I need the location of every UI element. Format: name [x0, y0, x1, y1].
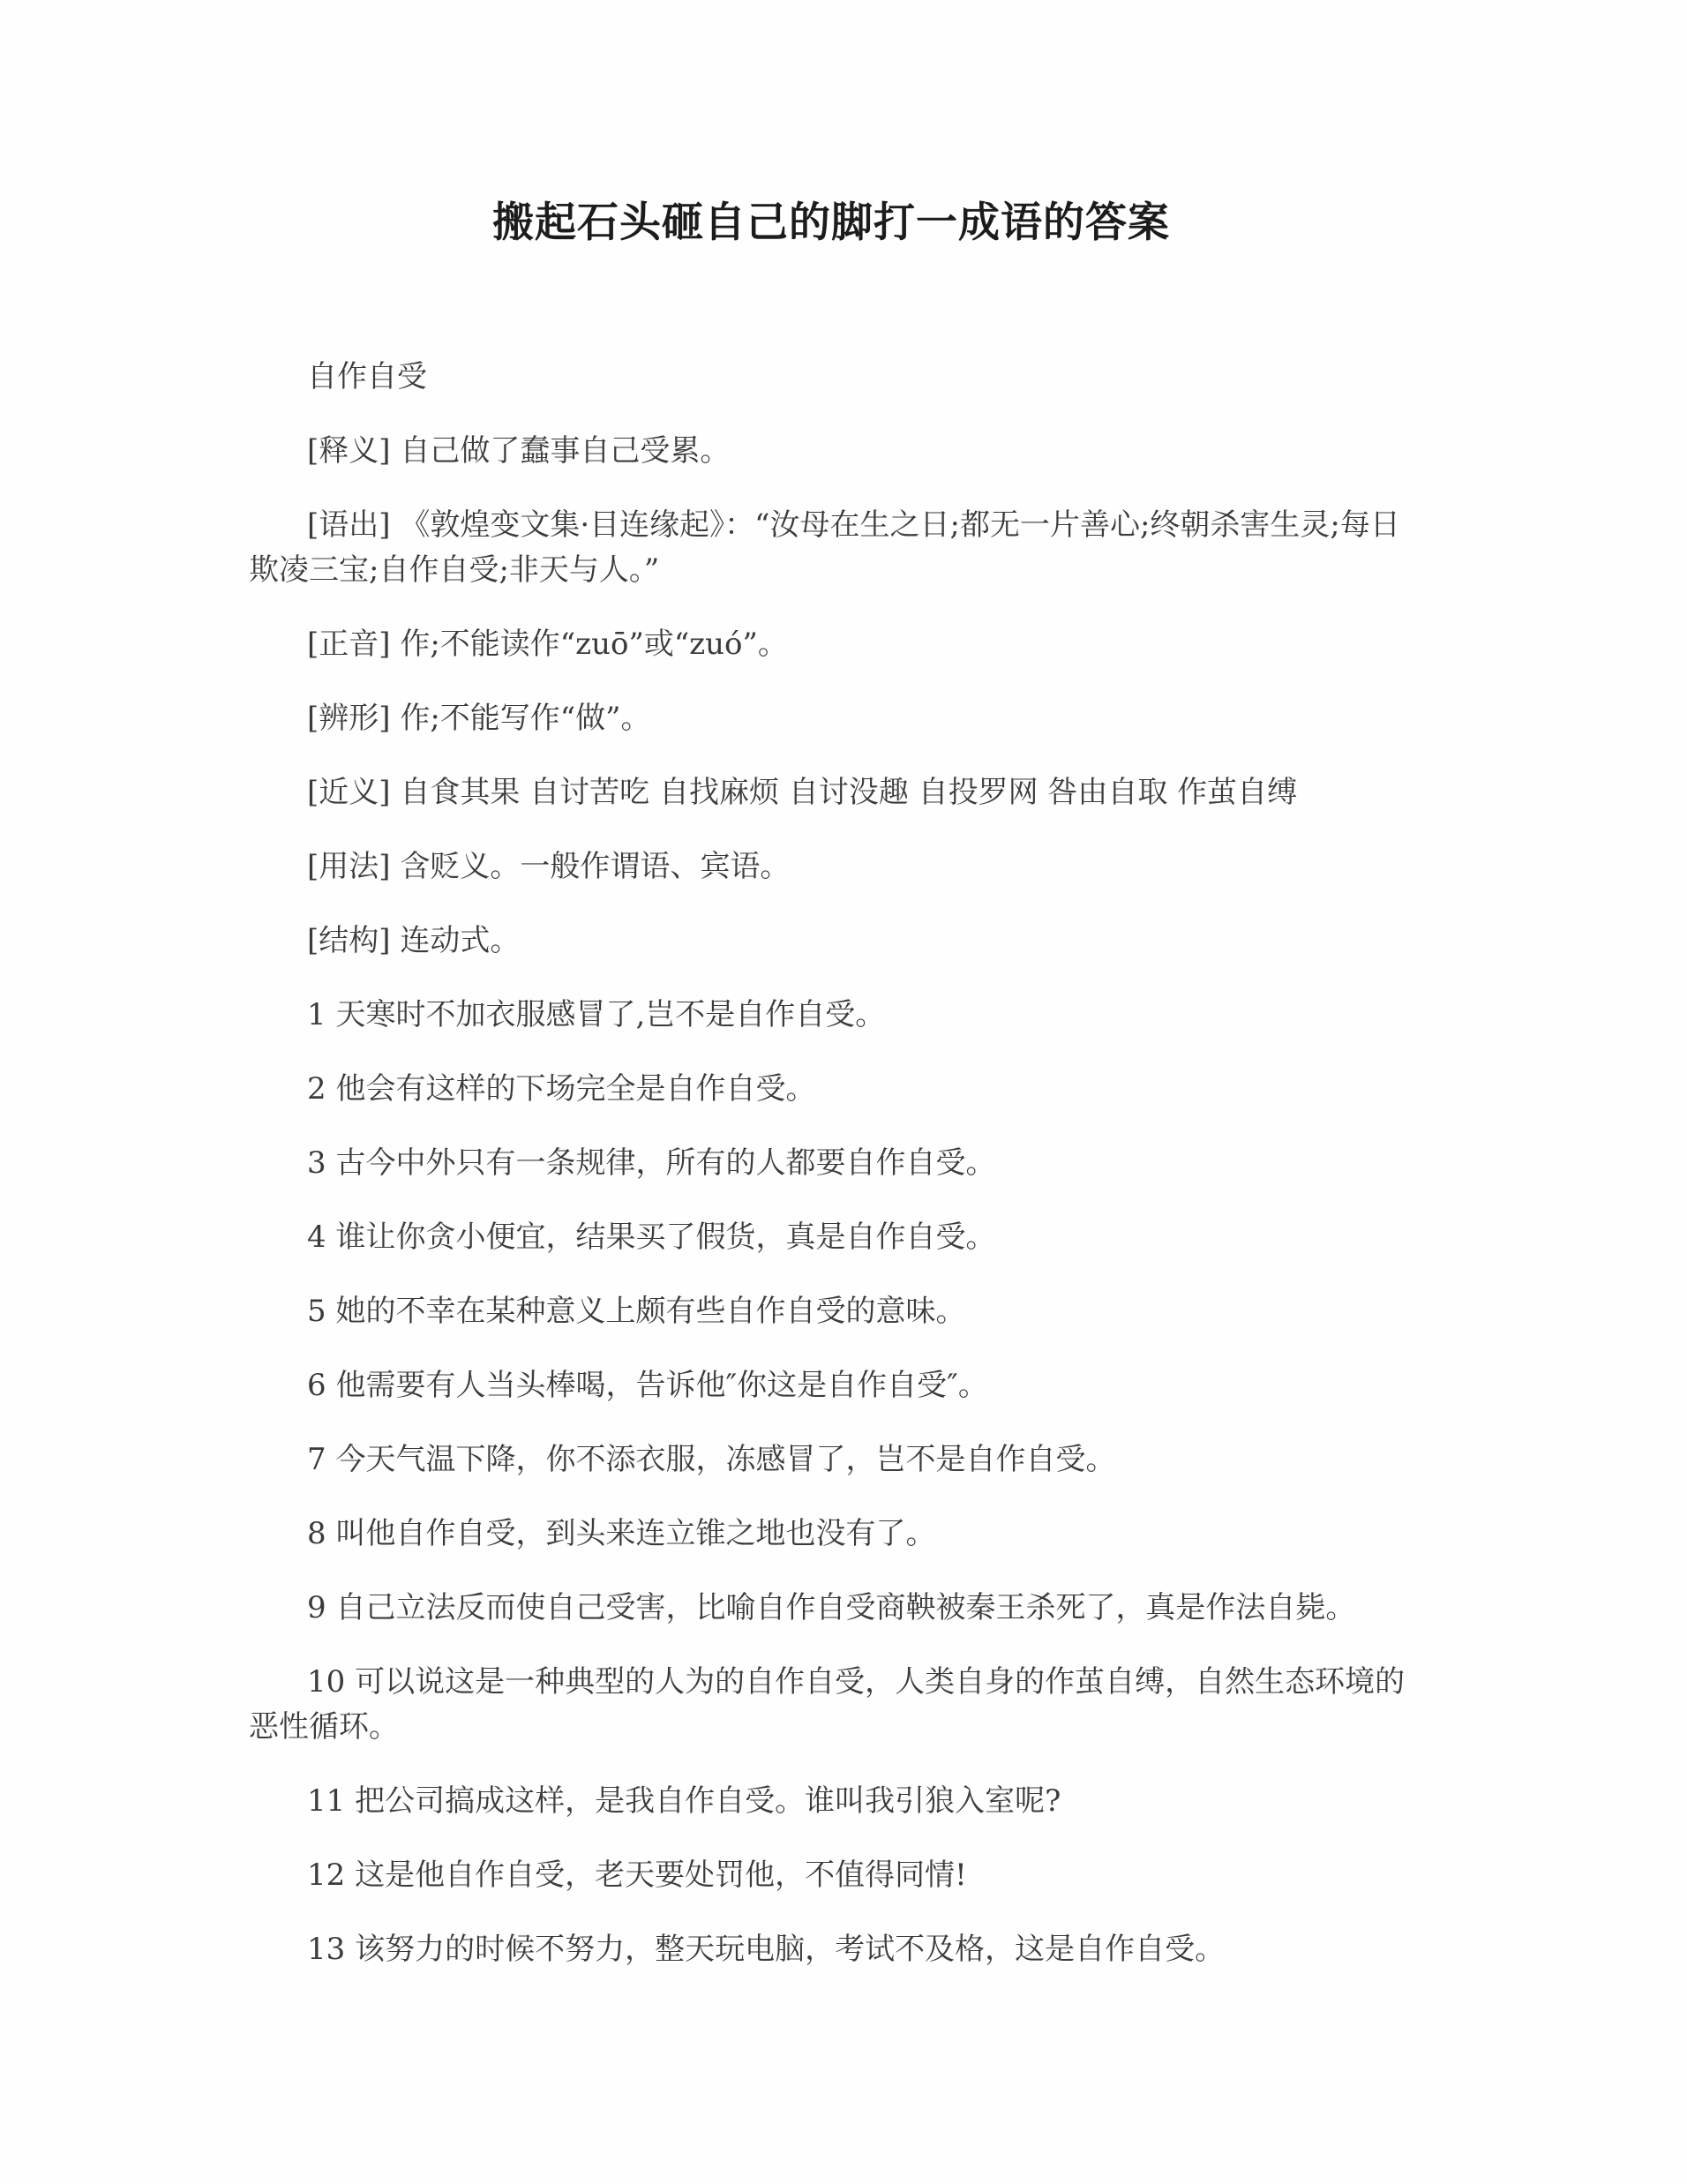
example-sentence: 7 今天气温下降，你不添衣服，冻感冒了，岂不是自作自受。: [249, 1437, 1413, 1482]
example-sentence: 11 把公司搞成这样，是我自作自受。谁叫我引狼入室呢?: [249, 1779, 1413, 1824]
structure-paragraph: [结构] 连动式。: [249, 919, 1413, 964]
example-sentence: 12 这是他自作自受，老天要处罚他，不值得同情!: [249, 1853, 1413, 1898]
text-column: 搬起石头砸自己的脚打一成语的答案 自作自受 [释义] 自己做了蠢事自己受累。 […: [249, 196, 1413, 1972]
example-sentence: 4 谁让你贪小便宜，结果买了假货，真是自作自受。: [249, 1215, 1413, 1260]
form-paragraph: [辨形] 作;不能写作“做”。: [249, 696, 1413, 741]
document-page: 搬起石头砸自己的脚打一成语的答案 自作自受 [释义] 自己做了蠢事自己受累。 […: [0, 0, 1687, 2184]
example-sentence: 13 该努力的时候不努力，整天玩电脑，考试不及格，这是自作自受。: [249, 1927, 1413, 1972]
pronunciation-paragraph: [正音] 作;不能读作“zuō”或“zuó”。: [249, 622, 1413, 667]
example-sentence: 1 天寒时不加衣服感冒了,岂不是自作自受。: [249, 993, 1413, 1038]
example-sentence: 6 他需要有人当头棒喝，告诉他″你这是自作自受″。: [249, 1363, 1413, 1408]
page-title: 搬起石头砸自己的脚打一成语的答案: [249, 196, 1413, 251]
example-sentence: 9 自己立法反而使自己受害，比喻自作自受商鞅被秦王杀死了，真是作法自毙。: [249, 1586, 1413, 1631]
example-sentence: 8 叫他自作自受，到头来连立锥之地也没有了。: [249, 1512, 1413, 1557]
example-sentence: 3 古今中外只有一条规律，所有的人都要自作自受。: [249, 1141, 1413, 1186]
example-sentence: 5 她的不幸在某种意义上颇有些自作自受的意味。: [249, 1289, 1413, 1334]
example-sentence: 2 他会有这样的下场完全是自作自受。: [249, 1067, 1413, 1112]
example-sentence: 10 可以说这是一种典型的人为的自作自受，人类自身的作茧自缚，自然生态环境的恶性…: [249, 1660, 1413, 1750]
source-paragraph: [语出] 《敦煌变文集·目连缘起》：“汝母在生之日;都无一片善心;终朝杀害生灵;…: [249, 503, 1413, 593]
answer-paragraph: 自作自受: [249, 355, 1413, 400]
definition-paragraph: [释义] 自己做了蠢事自己受累。: [249, 429, 1413, 474]
synonyms-paragraph: [近义] 自食其果 自讨苦吃 自找麻烦 自讨没趣 自投罗网 咎由自取 作茧自缚: [249, 770, 1413, 815]
usage-paragraph: [用法] 含贬义。一般作谓语、宾语。: [249, 844, 1413, 889]
